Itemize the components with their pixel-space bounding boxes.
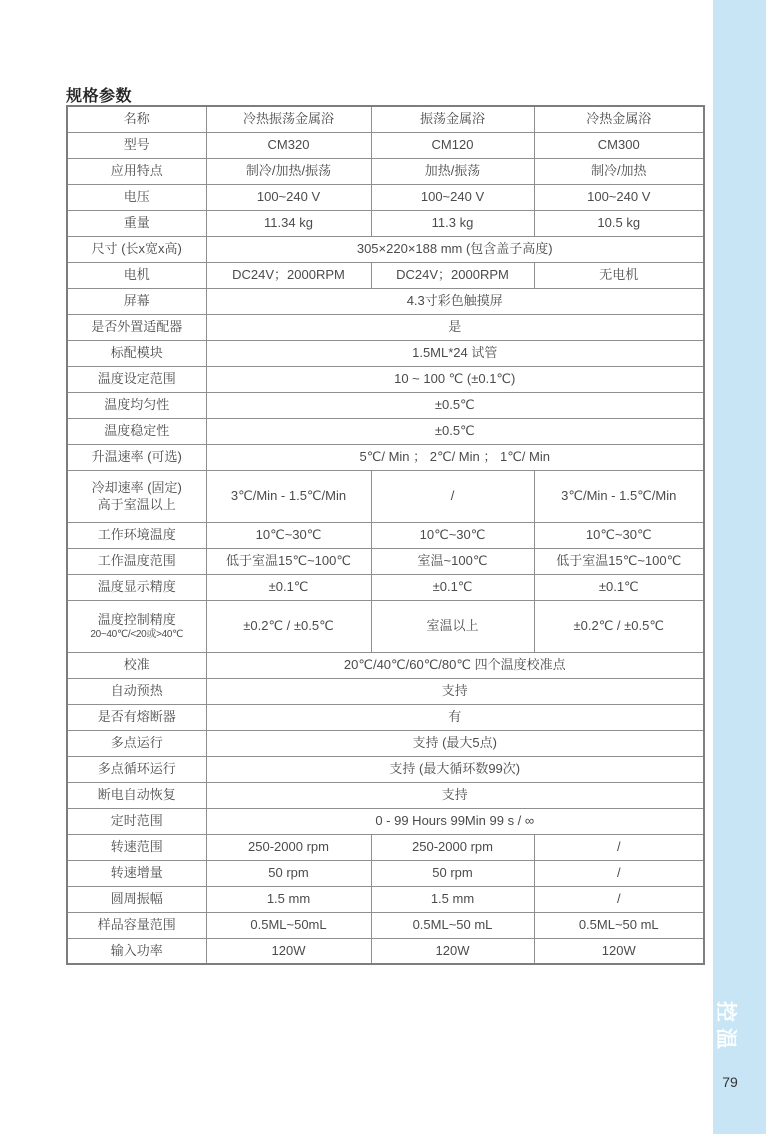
table-row: 电压100~240 V100~240 V100~240 V	[67, 184, 704, 210]
row-label: 温度显示精度	[67, 574, 206, 600]
table-row: 温度显示精度±0.1℃±0.1℃±0.1℃	[67, 574, 704, 600]
table-row: 转速增量50 rpm50 rpm/	[67, 860, 704, 886]
row-cell: ±0.1℃	[371, 574, 534, 600]
thumb-index-sidebar	[713, 0, 766, 1134]
row-value: 有	[206, 704, 704, 730]
table-row: 工作温度范围低于室温15℃~100℃室温~100℃低于室温15℃~100℃	[67, 548, 704, 574]
row-value: 20℃/40℃/60℃/80℃ 四个温度校准点	[206, 652, 704, 678]
row-label: 样品容量范围	[67, 912, 206, 938]
row-cell: 0.5ML~50 mL	[534, 912, 704, 938]
row-cell: 低于室温15℃~100℃	[206, 548, 371, 574]
table-row: 输入功率120W120W120W	[67, 938, 704, 964]
table-row: 多点循环运行支持 (最大循环数99次)	[67, 756, 704, 782]
row-label: 转速范围	[67, 834, 206, 860]
row-cell: 低于室温15℃~100℃	[534, 548, 704, 574]
row-cell: CM300	[534, 132, 704, 158]
row-label: 断电自动恢复	[67, 782, 206, 808]
table-row: 是否有熔断器有	[67, 704, 704, 730]
table-row: 转速范围250-2000 rpm250-2000 rpm/	[67, 834, 704, 860]
row-value: 1.5ML*24 试管	[206, 340, 704, 366]
row-label: 转速增量	[67, 860, 206, 886]
row-cell: ±0.1℃	[206, 574, 371, 600]
row-cell: 冷热金属浴	[534, 106, 704, 132]
sidebar-tab-label: 控温	[700, 998, 754, 1052]
row-label: 温度设定范围	[67, 366, 206, 392]
row-label: 标配模块	[67, 340, 206, 366]
manual-page: 控温 79 规格参数 名称冷热振荡金属浴振荡金属浴冷热金属浴型号CM320CM1…	[0, 0, 766, 1134]
row-label: 名称	[67, 106, 206, 132]
row-cell: 100~240 V	[534, 184, 704, 210]
table-row: 重量11.34 kg11.3 kg10.5 kg	[67, 210, 704, 236]
row-label: 圆周振幅	[67, 886, 206, 912]
row-cell: 50 rpm	[371, 860, 534, 886]
row-value: ±0.5℃	[206, 392, 704, 418]
row-cell: 250-2000 rpm	[206, 834, 371, 860]
row-label: 校准	[67, 652, 206, 678]
table-row: 标配模块1.5ML*24 试管	[67, 340, 704, 366]
row-cell: 0.5ML~50 mL	[371, 912, 534, 938]
row-label: 应用特点	[67, 158, 206, 184]
row-value: 支持	[206, 782, 704, 808]
row-cell: ±0.2℃ / ±0.5℃	[206, 600, 371, 652]
row-cell: 1.5 mm	[371, 886, 534, 912]
row-value: ±0.5℃	[206, 418, 704, 444]
table-row: 屏幕4.3寸彩色触摸屏	[67, 288, 704, 314]
row-cell: 100~240 V	[371, 184, 534, 210]
table-row: 型号CM320CM120CM300	[67, 132, 704, 158]
row-cell: 120W	[534, 938, 704, 964]
row-cell: 3℃/Min - 1.5℃/Min	[534, 470, 704, 522]
row-cell: 10℃~30℃	[206, 522, 371, 548]
row-cell: 冷热振荡金属浴	[206, 106, 371, 132]
row-cell: 11.3 kg	[371, 210, 534, 236]
row-cell: 制冷/加热/振荡	[206, 158, 371, 184]
row-cell: 无电机	[534, 262, 704, 288]
row-value: 是	[206, 314, 704, 340]
table-row: 电机DC24V；2000RPMDC24V；2000RPM无电机	[67, 262, 704, 288]
row-cell: CM320	[206, 132, 371, 158]
row-cell: CM120	[371, 132, 534, 158]
table-row: 温度设定范围10 ~ 100 ℃ (±0.1℃)	[67, 366, 704, 392]
row-label: 电机	[67, 262, 206, 288]
row-label: 型号	[67, 132, 206, 158]
row-cell: 120W	[371, 938, 534, 964]
row-label: 多点运行	[67, 730, 206, 756]
row-cell: 50 rpm	[206, 860, 371, 886]
table-row: 名称冷热振荡金属浴振荡金属浴冷热金属浴	[67, 106, 704, 132]
row-label: 重量	[67, 210, 206, 236]
row-value: 5℃/ Min ； 2℃/ Min ； 1℃/ Min	[206, 444, 704, 470]
table-row: 尺寸 (长x宽x高)305×220×188 mm (包含盖子高度)	[67, 236, 704, 262]
row-label: 屏幕	[67, 288, 206, 314]
table-row: 多点运行支持 (最大5点)	[67, 730, 704, 756]
table-row: 升温速率 (可选)5℃/ Min ； 2℃/ Min ； 1℃/ Min	[67, 444, 704, 470]
row-cell: 室温~100℃	[371, 548, 534, 574]
row-label: 是否外置适配器	[67, 314, 206, 340]
row-value: 支持	[206, 678, 704, 704]
table-row: 工作环境温度10℃~30℃10℃~30℃10℃~30℃	[67, 522, 704, 548]
row-label: 温度控制精度20~40℃/<20或>40℃	[67, 600, 206, 652]
table-row: 温度均匀性±0.5℃	[67, 392, 704, 418]
table-row: 温度稳定性±0.5℃	[67, 418, 704, 444]
row-value: 305×220×188 mm (包含盖子高度)	[206, 236, 704, 262]
spec-table: 名称冷热振荡金属浴振荡金属浴冷热金属浴型号CM320CM120CM300应用特点…	[66, 105, 705, 965]
table-row: 样品容量范围0.5ML~50mL0.5ML~50 mL0.5ML~50 mL	[67, 912, 704, 938]
spec-table-body: 名称冷热振荡金属浴振荡金属浴冷热金属浴型号CM320CM120CM300应用特点…	[67, 106, 704, 964]
table-row: 断电自动恢复支持	[67, 782, 704, 808]
table-row: 冷却速率 (固定)高于室温以上3℃/Min - 1.5℃/Min/3℃/Min …	[67, 470, 704, 522]
row-cell: /	[534, 886, 704, 912]
row-cell: 100~240 V	[206, 184, 371, 210]
table-row: 应用特点制冷/加热/振荡加热/振荡制冷/加热	[67, 158, 704, 184]
row-cell: 振荡金属浴	[371, 106, 534, 132]
row-label: 冷却速率 (固定)高于室温以上	[67, 470, 206, 522]
row-cell: 11.34 kg	[206, 210, 371, 236]
page-title: 规格参数	[66, 83, 132, 106]
row-cell: /	[534, 834, 704, 860]
table-row: 圆周振幅1.5 mm1.5 mm/	[67, 886, 704, 912]
table-row: 是否外置适配器是	[67, 314, 704, 340]
row-cell: 120W	[206, 938, 371, 964]
row-cell: 加热/振荡	[371, 158, 534, 184]
row-label: 自动预热	[67, 678, 206, 704]
row-cell: 10℃~30℃	[371, 522, 534, 548]
row-cell: 制冷/加热	[534, 158, 704, 184]
row-cell: 10℃~30℃	[534, 522, 704, 548]
row-cell: 250-2000 rpm	[371, 834, 534, 860]
table-row: 温度控制精度20~40℃/<20或>40℃±0.2℃ / ±0.5℃室温以上±0…	[67, 600, 704, 652]
row-label: 升温速率 (可选)	[67, 444, 206, 470]
row-cell: DC24V；2000RPM	[206, 262, 371, 288]
row-cell: 0.5ML~50mL	[206, 912, 371, 938]
row-value: 支持 (最大5点)	[206, 730, 704, 756]
row-cell: ±0.1℃	[534, 574, 704, 600]
row-label: 尺寸 (长x宽x高)	[67, 236, 206, 262]
row-value: 10 ~ 100 ℃ (±0.1℃)	[206, 366, 704, 392]
row-cell: ±0.2℃ / ±0.5℃	[534, 600, 704, 652]
page-number: 79	[713, 1074, 747, 1090]
table-row: 定时范围0 - 99 Hours 99Min 99 s / ∞	[67, 808, 704, 834]
row-label: 温度均匀性	[67, 392, 206, 418]
row-value: 0 - 99 Hours 99Min 99 s / ∞	[206, 808, 704, 834]
row-label: 是否有熔断器	[67, 704, 206, 730]
row-label: 多点循环运行	[67, 756, 206, 782]
row-label: 温度稳定性	[67, 418, 206, 444]
row-label: 工作环境温度	[67, 522, 206, 548]
row-cell: 10.5 kg	[534, 210, 704, 236]
row-cell: DC24V；2000RPM	[371, 262, 534, 288]
row-cell: 室温以上	[371, 600, 534, 652]
row-label: 输入功率	[67, 938, 206, 964]
row-label: 电压	[67, 184, 206, 210]
row-cell: /	[371, 470, 534, 522]
table-row: 校准20℃/40℃/60℃/80℃ 四个温度校准点	[67, 652, 704, 678]
row-cell: 3℃/Min - 1.5℃/Min	[206, 470, 371, 522]
row-label: 定时范围	[67, 808, 206, 834]
row-cell: 1.5 mm	[206, 886, 371, 912]
table-row: 自动预热支持	[67, 678, 704, 704]
row-label: 工作温度范围	[67, 548, 206, 574]
row-value: 支持 (最大循环数99次)	[206, 756, 704, 782]
row-cell: /	[534, 860, 704, 886]
row-value: 4.3寸彩色触摸屏	[206, 288, 704, 314]
